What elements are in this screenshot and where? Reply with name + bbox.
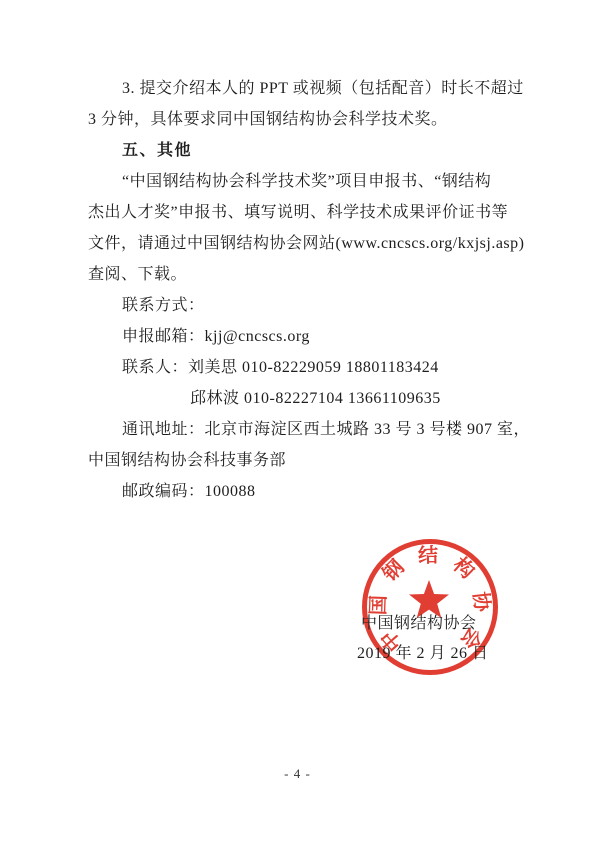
- text-line: 文件，请通过中国钢结构协会网站(www.cncscs.org/kxjsj.asp…: [88, 228, 518, 259]
- text-line: “中国钢结构协会科学技术奖”项目申报书、“钢结构: [88, 166, 518, 197]
- text-line: 3 分钟，具体要求同中国钢结构协会科学技术奖。: [88, 104, 518, 135]
- text-line: 3. 提交介绍本人的 PPT 或视频（包括配音）时长不超过: [88, 73, 518, 104]
- contact-heading: 联系方式：: [88, 290, 518, 321]
- text-line: 杰出人才奖”申报书、填写说明、科学技术成果评价证书等: [88, 197, 518, 228]
- signature-organization: 中国钢结构协会: [361, 610, 477, 633]
- contact-person: 邱林波 010-82227104 13661109635: [88, 383, 518, 414]
- signature-date: 2019 年 2 月 26 日: [357, 640, 489, 663]
- document-page: 3. 提交介绍本人的 PPT 或视频（包括配音）时长不超过 3 分钟，具体要求同…: [0, 0, 595, 842]
- contact-email: 申报邮箱：kjj@cncscs.org: [88, 321, 518, 352]
- contact-person: 联系人：刘美思 010-82229059 18801183424: [88, 352, 518, 383]
- document-body: 3. 提交介绍本人的 PPT 或视频（包括配音）时长不超过 3 分钟，具体要求同…: [88, 73, 518, 507]
- seal-arc-char: 结: [418, 543, 439, 568]
- section-heading: 五、其他: [88, 135, 518, 166]
- contact-zipcode: 邮政编码：100088: [88, 476, 518, 507]
- contact-address: 中国钢结构协会科技事务部: [88, 445, 518, 476]
- text-line: 查阅、下载。: [88, 259, 518, 290]
- page-number: - 4 -: [0, 766, 595, 782]
- contact-address: 通讯地址：北京市海淀区西土城路 33 号 3 号楼 907 室，: [88, 414, 518, 445]
